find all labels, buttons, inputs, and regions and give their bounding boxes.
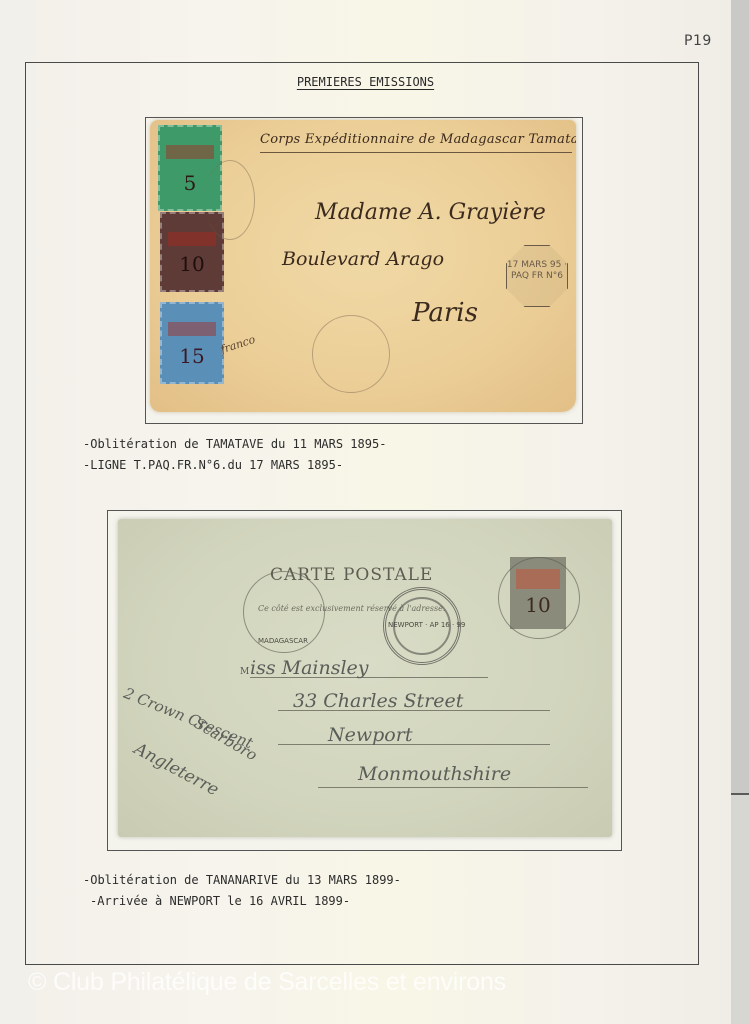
- postcard-county: Monmouthshire: [358, 763, 511, 785]
- arrival-postmark: [312, 315, 390, 393]
- stamp-overprint: [166, 145, 214, 159]
- envelope-header: Corps Expéditionnaire de Madagascar Tama…: [260, 132, 576, 147]
- page-edge-lower: [731, 795, 749, 1024]
- envelope-annotation: franco: [219, 333, 257, 356]
- envelope-street: Boulevard Arago: [282, 248, 444, 270]
- copyright-watermark: © Club Philatélique de Sarcelles et envi…: [28, 968, 506, 997]
- envelope-header-underline: [260, 152, 572, 153]
- postcard: CARTE POSTALE Ce côté est exclusivement …: [118, 519, 612, 837]
- stamp-overprint: [168, 322, 216, 336]
- envelope-caption-1: -Oblitération de TAMATAVE du 11 MARS 189…: [83, 437, 386, 451]
- page-title-text: PREMIERES EMISSIONS: [297, 75, 434, 89]
- stamp-overprint: [168, 232, 216, 246]
- postcard-caption-1: -Oblitération de TANANARIVE du 13 MARS 1…: [83, 873, 401, 887]
- stamp-value: 10: [162, 252, 222, 276]
- postcard-addressee: iss Mainsley: [250, 657, 369, 679]
- envelope-caption-2: -LIGNE T.PAQ.FR.N°6.du 17 MARS 1895-: [83, 458, 343, 472]
- madagascar-postmark-text: MADAGASCAR: [258, 637, 308, 645]
- stamp-value: 15: [162, 344, 222, 368]
- newport-postmark-text: NEWPORT · AP 16 · 99: [388, 621, 465, 629]
- stamp-postmark: [498, 557, 580, 639]
- address-line-3: [278, 744, 550, 745]
- envelope-city: Paris: [412, 298, 478, 328]
- page-edge: [731, 0, 749, 1024]
- stamp-15c: 15: [160, 302, 224, 384]
- sender-country: Angleterre: [131, 739, 222, 800]
- envelope-addressee: Madame A. Grayière: [315, 200, 546, 225]
- postcard-town: Newport: [328, 724, 412, 746]
- page-title: PREMIERES EMISSIONS: [0, 75, 731, 89]
- postcard-address-prefix: M: [240, 667, 249, 677]
- address-line-4: [318, 787, 588, 788]
- envelope-cover: 5 10 15 Corps Expéditionnaire de Madagas…: [150, 120, 576, 412]
- postcard-caption-2: -Arrivée à NEWPORT le 16 AVRIL 1899-: [90, 894, 350, 908]
- postcard-street: 33 Charles Street: [293, 690, 463, 712]
- page-number: P19: [684, 33, 712, 49]
- tamatave-postmark: [205, 160, 255, 240]
- octagonal-postmark-text: 17 MARS 95 · PAQ FR N°6: [506, 260, 568, 282]
